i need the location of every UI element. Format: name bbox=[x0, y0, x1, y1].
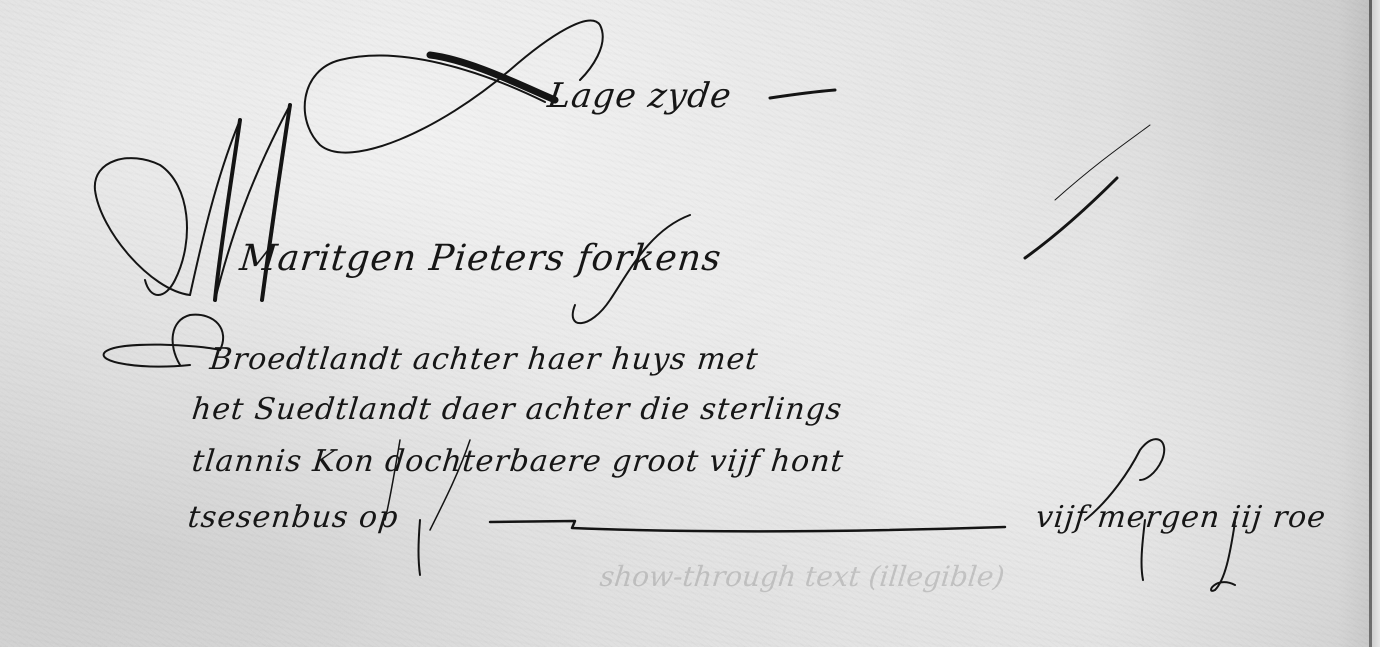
body-line-1: Broedtlandt achter haer huys met bbox=[208, 342, 760, 377]
owner-name: Maritgen Pieters forkens bbox=[238, 238, 724, 279]
body-line-3: tlannis Kon dochterbaere groot vijf hont bbox=[190, 444, 845, 479]
document-page: Lage zyde Maritgen Pieters forkens Broed… bbox=[0, 0, 1380, 647]
body-line-4: tsesenbus op bbox=[186, 500, 400, 535]
bleedthrough-text: show-through text (illegible) bbox=[598, 560, 1006, 593]
page-binding-shadow bbox=[1372, 0, 1380, 647]
page-binding-edge bbox=[1369, 0, 1372, 647]
body-line-2: het Suedtlandt daer achter die sterlings bbox=[190, 392, 844, 427]
entry-heading: Lage zyde bbox=[545, 76, 734, 116]
area-measurement: vijf mergen iij roe bbox=[1034, 500, 1328, 535]
